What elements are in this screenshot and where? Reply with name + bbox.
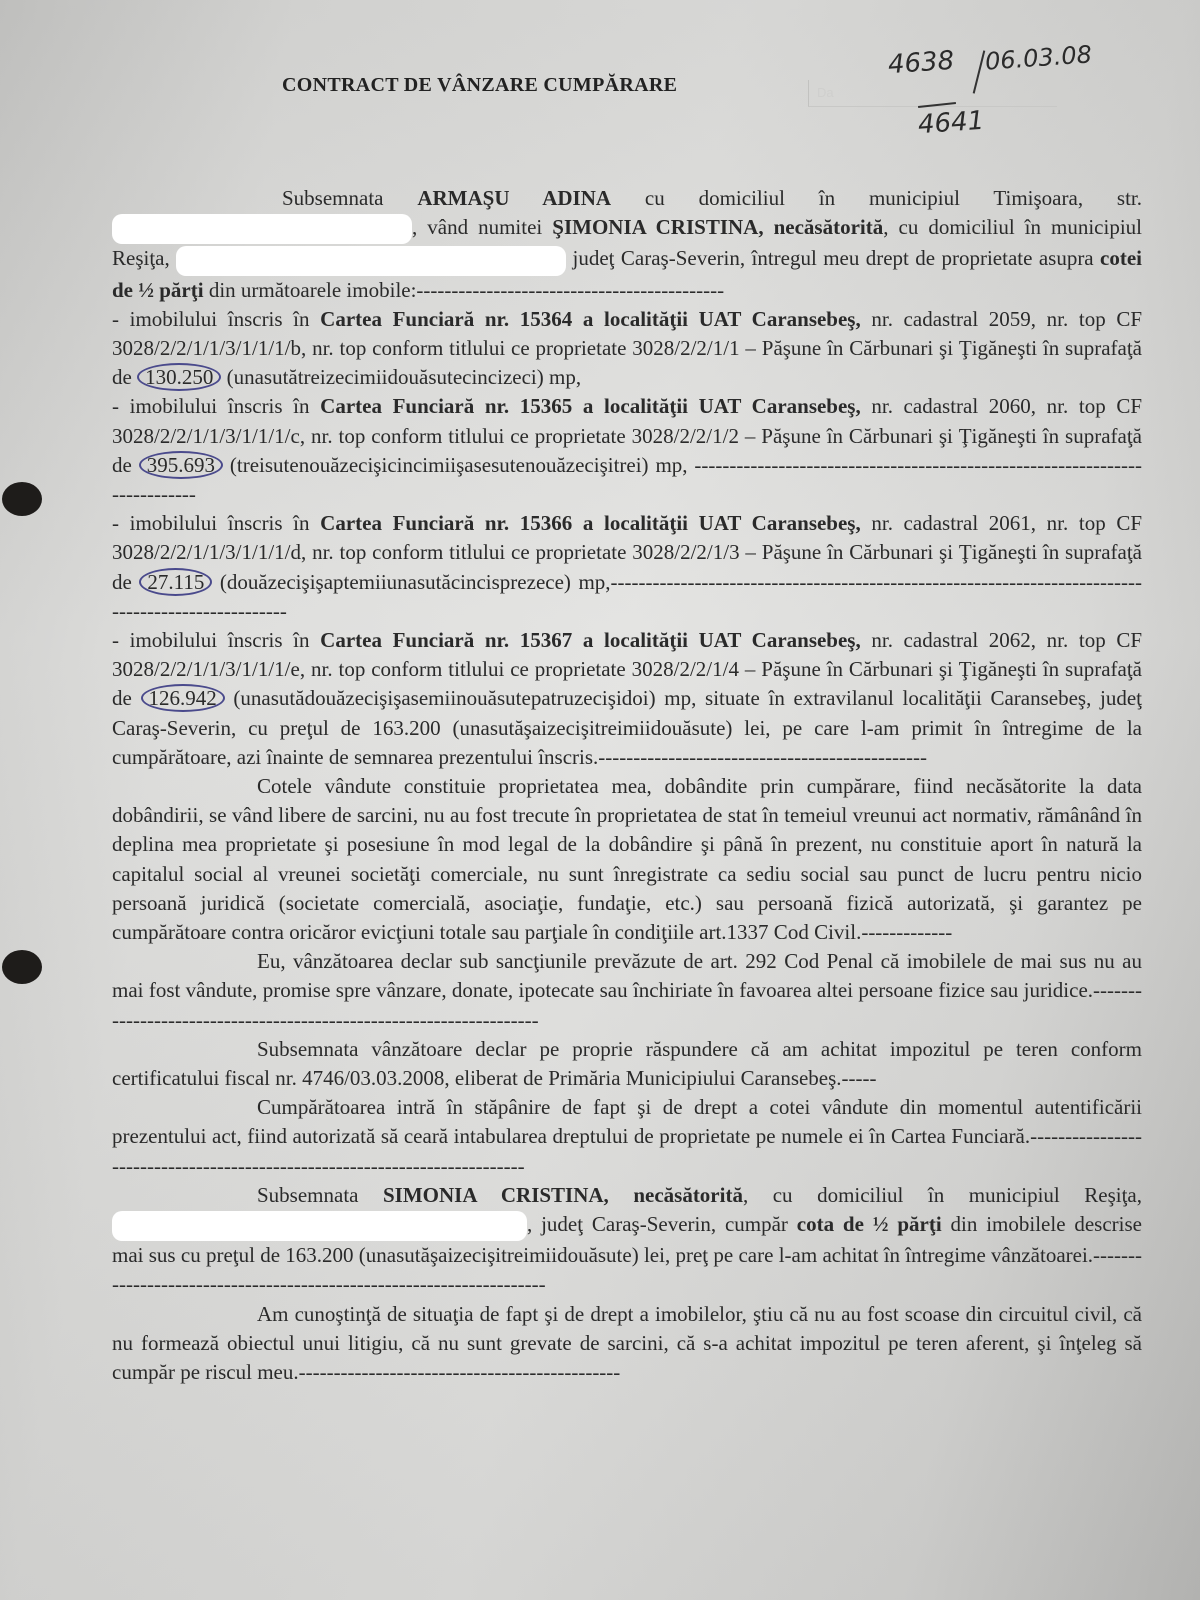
buyer-name: ŞIMONIA CRISTINA, necăsătorită bbox=[552, 215, 883, 239]
text: (unasutădouăzecişişasemiinouăsutepatruze… bbox=[112, 686, 1142, 768]
redacted-address bbox=[112, 214, 412, 244]
text: judeţ Caraş-Severin, întregul meu drept … bbox=[573, 246, 1094, 270]
possession-paragraph: Cumpărătoarea intră în stăpânire de fapt… bbox=[112, 1093, 1142, 1181]
acknowledgement-paragraph: Am cunoştinţă de situaţia de fapt şi de … bbox=[112, 1300, 1142, 1388]
declaration-paragraph: Eu, vânzătoarea declar sub sancţiunile p… bbox=[112, 947, 1142, 1035]
share-fraction: cota de ½ părţi bbox=[797, 1212, 942, 1236]
property-item: - imobilului înscris în Cartea Funciară … bbox=[112, 509, 1142, 626]
handwritten-secondary-number: 4641 bbox=[917, 106, 985, 141]
text: , judeţ Caraş-Severin, cumpăr bbox=[527, 1212, 788, 1236]
circled-area-value: 27.115 bbox=[139, 568, 212, 596]
buyer-paragraph: Subsemnata SIMONIA CRISTINA, necăsătorit… bbox=[112, 1181, 1142, 1300]
binder-hole bbox=[2, 950, 42, 984]
text: (treisutenouăzecişicincimiişasesutenouăz… bbox=[112, 453, 1142, 506]
seller-name: ARMAŞU ADINA bbox=[417, 186, 611, 210]
handwritten-date: 06.03.08 bbox=[984, 40, 1093, 75]
land-registry-ref: Cartea Funciară nr. 15365 a localităţii … bbox=[320, 394, 861, 418]
circled-area-value: 126.942 bbox=[141, 684, 225, 712]
land-registry-ref: Cartea Funciară nr. 15367 a localităţii … bbox=[320, 628, 861, 652]
tax-paragraph: Subsemnata vânzătoare declar pe proprie … bbox=[112, 1035, 1142, 1093]
circled-area-value: 395.693 bbox=[139, 451, 223, 479]
binder-hole bbox=[2, 482, 42, 516]
property-item: - imobilului înscris în Cartea Funciară … bbox=[112, 305, 1142, 393]
text: , vând numitei bbox=[412, 215, 542, 239]
buyer-name: SIMONIA CRISTINA, necăsătorită bbox=[383, 1183, 743, 1207]
text: Subsemnata bbox=[257, 1183, 358, 1207]
property-item: - imobilului înscris în Cartea Funciară … bbox=[112, 392, 1142, 509]
text: - imobilului înscris în bbox=[112, 511, 310, 535]
text: - imobilului înscris în bbox=[112, 628, 310, 652]
text: (douăzecişişaptemiiunasutăcincisprezece)… bbox=[112, 570, 1142, 623]
redacted-address bbox=[176, 246, 566, 276]
text: cu domiciliul în municipiul Timişoara, s… bbox=[645, 186, 1142, 210]
text: - imobilului înscris în bbox=[112, 307, 310, 331]
circled-area-value: 130.250 bbox=[137, 363, 221, 391]
text: - imobilului înscris în bbox=[112, 394, 310, 418]
contract-body: Subsemnata ARMAŞU ADINA cu domiciliul în… bbox=[112, 184, 1142, 1387]
land-registry-ref: Cartea Funciară nr. 15366 a localităţii … bbox=[320, 511, 861, 535]
text: , cu domiciliul în municipiul Reşiţa, bbox=[743, 1183, 1142, 1207]
handwritten-registration-number: 4638 bbox=[887, 46, 955, 81]
seller-intro-paragraph: Subsemnata ARMAŞU ADINA cu domiciliul în… bbox=[112, 184, 1142, 305]
text: din următoarele imobile:----------------… bbox=[209, 278, 724, 302]
document-title: CONTRACT DE VÂNZARE CUMPĂRARE bbox=[282, 74, 677, 97]
text: Subsemnata bbox=[282, 186, 383, 210]
guarantee-paragraph: Cotele vândute constituie proprietatea m… bbox=[112, 772, 1142, 947]
text: (unasutătreizecimiidouăsutecincizeci) mp… bbox=[227, 365, 582, 389]
redacted-address bbox=[112, 1211, 527, 1241]
land-registry-ref: Cartea Funciară nr. 15364 a localităţii … bbox=[320, 307, 861, 331]
faded-stamp: Da bbox=[808, 80, 1057, 107]
property-item: - imobilului înscris în Cartea Funciară … bbox=[112, 626, 1142, 772]
